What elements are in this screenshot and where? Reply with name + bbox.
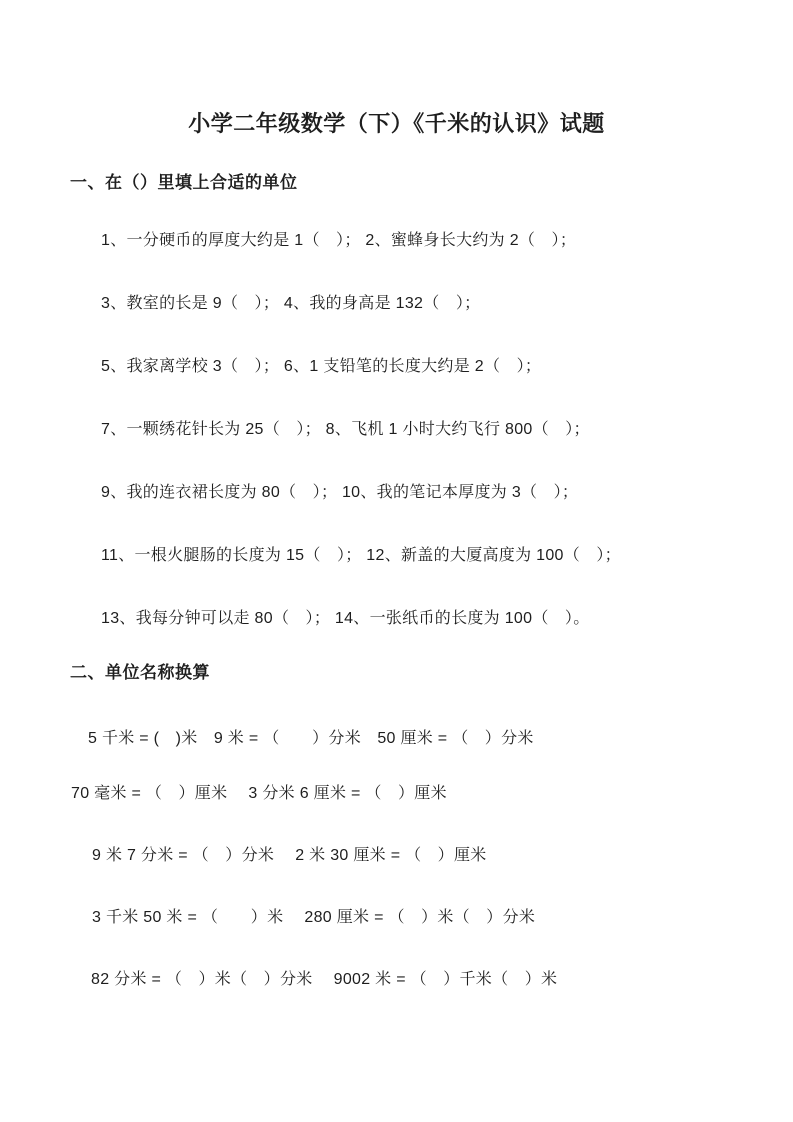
document-title: 小学二年级数学（下）《千米的认识》试题 [0, 0, 793, 138]
section-two-heading: 二、单位名称换算 [70, 661, 793, 684]
conversion-line-2: 70 毫米 = （ ）厘米 3 分米 6 厘米 = （ ）厘米 [71, 783, 793, 805]
conversion-line-5: 82 分米 = （ ）米（ ）分米 9002 米 = （ ）千米（ ）米 [91, 969, 793, 991]
question-line-7: 13、我每分钟可以走 80（ ）； 14、一张纸币的长度为 100（ ）。 [101, 608, 793, 630]
question-line-1: 1、一分硬币的厚度大约是 1（ ）； 2、蜜蜂身长大约为 2（ ）； [101, 230, 793, 252]
conversion-line-4: 3 千米 50 米 = （ ）米 280 厘米 = （ ）米（ ）分米 [92, 907, 793, 929]
worksheet-page: 小学二年级数学（下）《千米的认识》试题 一、在（）里填上合适的单位 1、一分硬币… [0, 0, 793, 1122]
section-one-heading: 一、在（）里填上合适的单位 [70, 171, 793, 194]
conversion-line-3: 9 米 7 分米 = （ ）分米 2 米 30 厘米 = （ ）厘米 [92, 845, 793, 867]
question-line-2: 3、教室的长是 9（ ）； 4、我的身高是 132（ ）； [101, 293, 793, 315]
question-line-6: 11、一根火腿肠的长度为 15（ ）； 12、新盖的大厦高度为 100（ ）； [101, 545, 793, 567]
question-line-3: 5、我家离学校 3（ ）； 6、1 支铅笔的长度大约是 2（ ）； [101, 356, 793, 378]
question-line-5: 9、我的连衣裙长度为 80（ ）； 10、我的笔记本厚度为 3（ ）； [101, 482, 793, 504]
question-line-4: 7、一颗绣花针长为 25（ ）； 8、飞机 1 小时大约飞行 800（ ）； [101, 419, 793, 441]
conversion-line-1: 5 千米 = ( )米 9 米 = （ ）分米 50 厘米 = （ ）分米 [88, 728, 793, 750]
